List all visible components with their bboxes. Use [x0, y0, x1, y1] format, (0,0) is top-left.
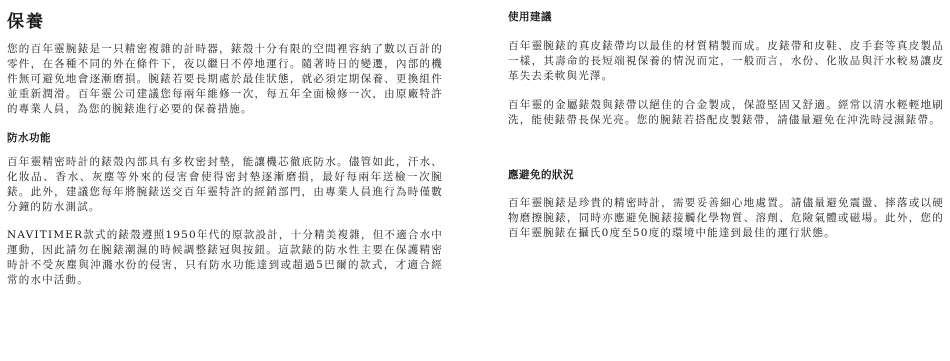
maintenance-intro-paragraph: 您的百年靈腕錶是一只精密複雜的計時器，錶殼十分有限的空間裡容納了數以百計的零件，…	[7, 42, 443, 117]
page-title: 保養	[7, 7, 45, 32]
avoid-heading: 應避免的狀況	[508, 167, 574, 182]
usage-paragraph-1: 百年靈腕錶的真皮錶帶均以最佳的材質精製而成。皮錶帶和皮鞋、皮手套等真皮製品一樣，…	[508, 39, 944, 84]
usage-paragraph-2: 百年靈的金屬錶殼與錶帶以絕佳的合金製成，保證堅固又舒適。經常以清水輕輕地刷洗，能…	[508, 98, 944, 128]
waterproof-heading: 防水功能	[7, 130, 51, 145]
waterproof-paragraph-2: NAVITIMER款式的錶殼遵照1950年代的原款設計，十分精美複雜，但不適合水…	[7, 228, 443, 288]
usage-heading: 使用建議	[508, 9, 552, 24]
waterproof-paragraph-1: 百年靈精密時計的錶殼內部具有多枚密封墊，能讓機芯徹底防水。儘管如此，汗水、化妝品…	[7, 155, 443, 215]
avoid-paragraph: 百年靈腕錶是珍貴的精密時計，需要妥善細心地處置。請儘量避免震盪、摔落或以硬物磨擦…	[508, 196, 944, 241]
